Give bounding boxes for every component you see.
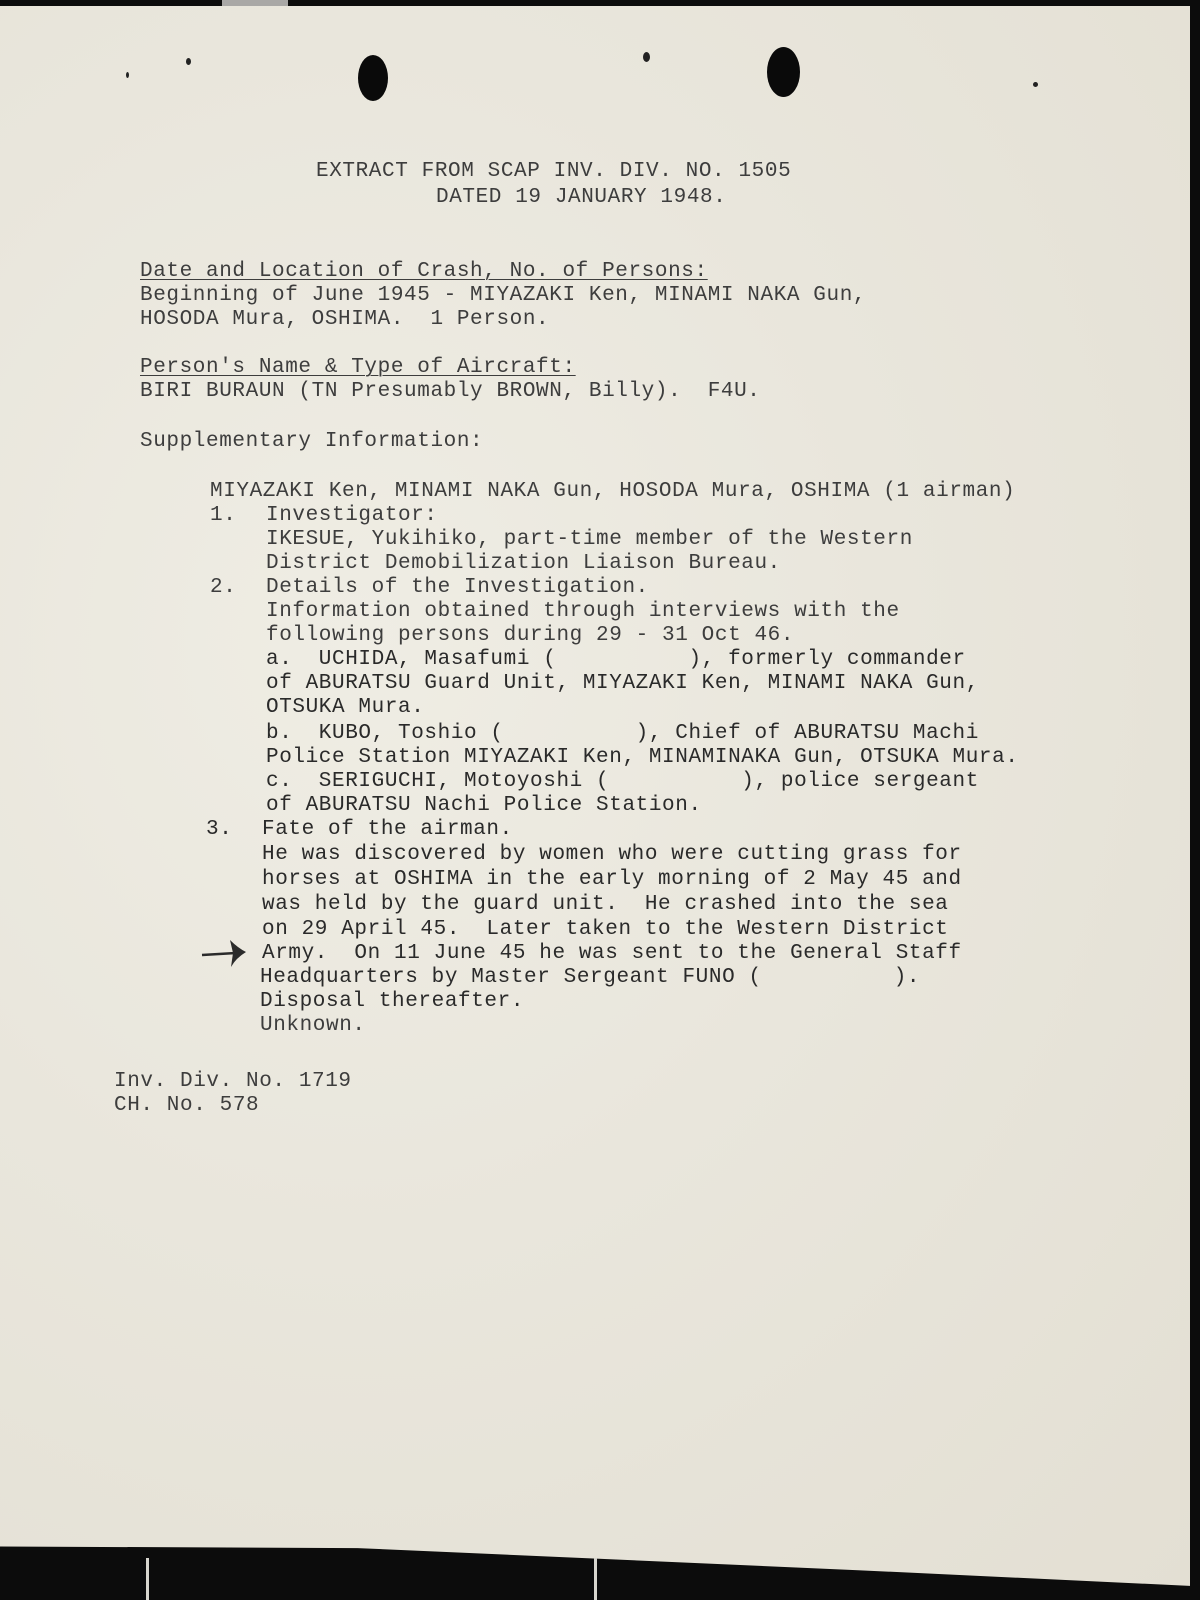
item-line: horses at OSHIMA in the early morning of… — [262, 868, 962, 892]
item-line: Unknown. — [260, 1014, 366, 1038]
punch-hole — [767, 47, 800, 97]
item-line: following persons during 29 - 31 Oct 46. — [266, 624, 794, 648]
crash-line: HOSODA Mura, OSHIMA. 1 Person. — [140, 308, 549, 332]
arrow-right-icon — [200, 938, 250, 968]
item-line: of ABURATSU Nachi Police Station. — [266, 794, 702, 818]
speck — [1033, 82, 1038, 87]
speck — [643, 52, 650, 62]
item-line: c. SERIGUCHI, Motoyoshi ( ), police serg… — [266, 770, 979, 794]
item-line: of ABURATSU Guard Unit, MIYAZAKI Ken, MI… — [266, 672, 979, 696]
inv-div-number: Inv. Div. No. 1719 — [114, 1070, 352, 1094]
item-line: Headquarters by Master Sergeant FUNO ( )… — [260, 966, 920, 990]
item-line: Army. On 11 June 45 he was sent to the G… — [262, 942, 962, 966]
speck — [186, 58, 191, 65]
item-number: 2. — [210, 576, 236, 600]
crash-heading: Date and Location of Crash, No. of Perso… — [140, 260, 708, 284]
item-line: was held by the guard unit. He crashed i… — [262, 893, 949, 917]
punch-hole — [358, 55, 388, 101]
scan-edge — [146, 1558, 149, 1600]
scan-edge — [594, 1558, 597, 1600]
scan-edge — [1190, 0, 1200, 1600]
supplementary-location: MIYAZAKI Ken, MINAMI NAKA Gun, HOSODA Mu… — [210, 480, 1015, 504]
person-line: BIRI BURAUN (TN Presumably BROWN, Billy)… — [140, 380, 761, 404]
item-number: 1. — [210, 504, 236, 528]
item-line: IKESUE, Yukihiko, part-time member of th… — [266, 528, 913, 552]
supplementary-heading: Supplementary Information: — [140, 430, 483, 454]
item-line: OTSUKA Mura. — [266, 696, 424, 720]
speck — [126, 72, 129, 78]
crash-line: Beginning of June 1945 - MIYAZAKI Ken, M… — [140, 284, 866, 308]
item-title: Fate of the airman. — [262, 818, 513, 842]
item-title: Investigator: — [266, 504, 438, 528]
item-line: Police Station MIYAZAKI Ken, MINAMINAKA … — [266, 746, 1019, 770]
item-title: Details of the Investigation. — [266, 576, 649, 600]
item-line: He was discovered by women who were cutt… — [262, 843, 962, 867]
item-line: b. KUBO, Toshio ( ), Chief of ABURATSU M… — [266, 722, 979, 746]
item-line: Information obtained through interviews … — [266, 600, 900, 624]
item-line: a. UCHIDA, Masafumi ( ), formerly comman… — [266, 648, 966, 672]
document-date: DATED 19 JANUARY 1948. — [436, 186, 726, 210]
document-title: EXTRACT FROM SCAP INV. DIV. NO. 1505 — [316, 160, 791, 184]
scan-edge — [222, 0, 288, 6]
item-line: Disposal thereafter. — [260, 990, 524, 1014]
person-heading: Person's Name & Type of Aircraft: — [140, 356, 576, 380]
item-number: 3. — [206, 818, 232, 842]
item-line: District Demobilization Liaison Bureau. — [266, 552, 781, 576]
item-line: on 29 April 45. Later taken to the Weste… — [262, 918, 949, 942]
ch-number: CH. No. 578 — [114, 1094, 259, 1118]
